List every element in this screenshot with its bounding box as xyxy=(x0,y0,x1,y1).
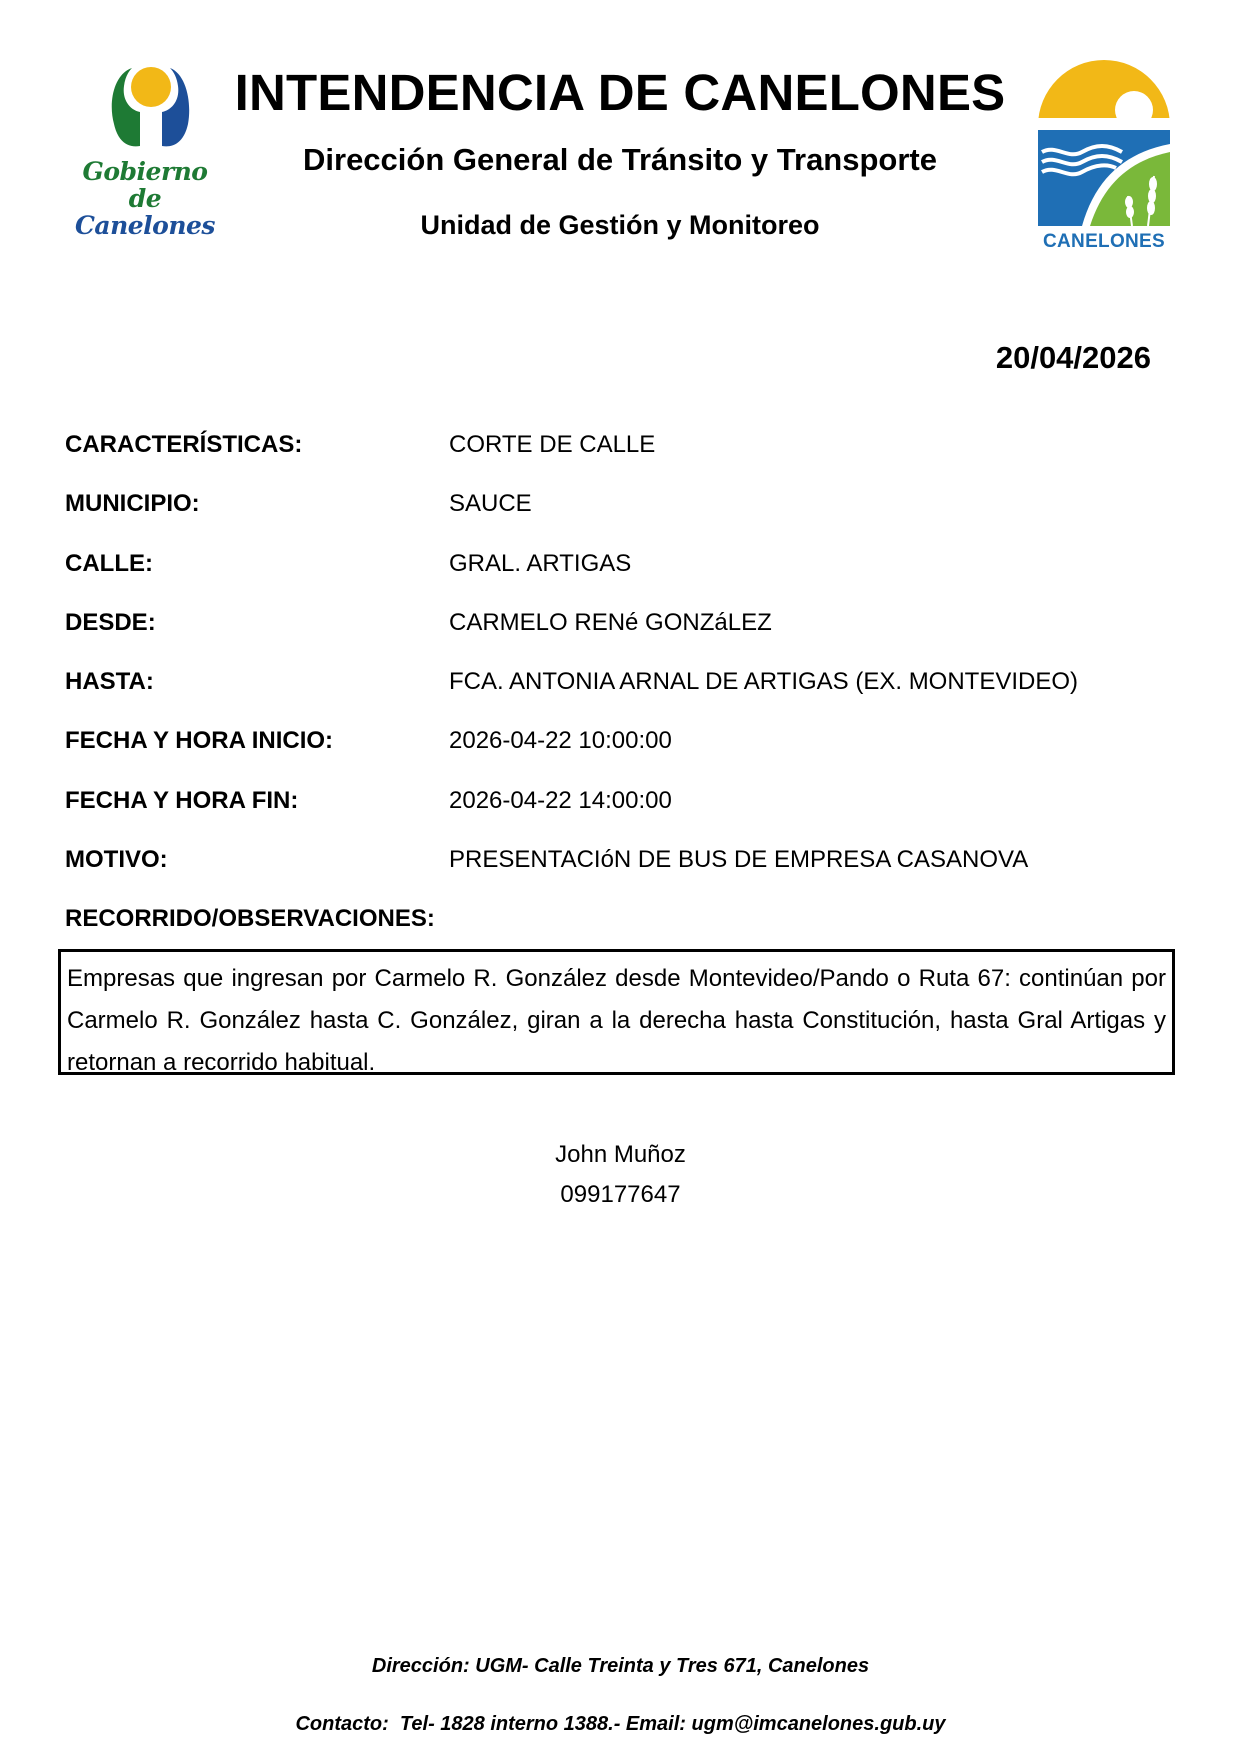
field-value: 2026-04-22 14:00:00 xyxy=(449,784,672,818)
observations-box: Empresas que ingresan por Carmelo R. Gon… xyxy=(58,949,1175,1075)
gobierno-de-canelones-logo: Gobierno de Canelones xyxy=(70,62,220,212)
canelones-emblem: CANELONES xyxy=(1036,56,1172,256)
unit-subtitle: Unidad de Gestión y Monitoreo xyxy=(200,207,1040,243)
signer-phone: 099177647 xyxy=(0,1178,1241,1212)
field-row-caracteristicas: CARACTERÍSTICAS: CORTE DE CALLE xyxy=(65,428,1165,487)
field-label: CALLE: xyxy=(65,547,153,581)
field-value: PRESENTACIóN DE BUS DE EMPRESA CASANOVA xyxy=(449,843,1028,877)
logo-text-line2: Canelones xyxy=(70,212,220,239)
logo-text-line1: Gobierno de xyxy=(70,158,220,212)
field-label: MOTIVO: xyxy=(65,843,168,877)
field-label: FECHA Y HORA INICIO: xyxy=(65,724,333,758)
footer-contact: Contacto: Tel- 1828 interno 1388.- Email… xyxy=(0,1710,1241,1738)
field-value: SAUCE xyxy=(449,487,532,521)
closure-details: CARACTERÍSTICAS: CORTE DE CALLE MUNICIPI… xyxy=(65,428,1165,902)
field-value: 2026-04-22 10:00:00 xyxy=(449,724,672,758)
field-row-hasta: HASTA: FCA. ANTONIA ARNAL DE ARTIGAS (EX… xyxy=(65,665,1165,724)
field-row-municipio: MUNICIPIO: SAUCE xyxy=(65,487,1165,546)
field-label: CARACTERÍSTICAS: xyxy=(65,428,302,462)
emblem-label: CANELONES xyxy=(1036,231,1172,253)
department-subtitle: Dirección General de Tránsito y Transpor… xyxy=(200,140,1040,180)
footer-address: Dirección: UGM- Calle Treinta y Tres 671… xyxy=(0,1652,1241,1680)
field-label: MUNICIPIO: xyxy=(65,487,200,521)
field-label: HASTA: xyxy=(65,665,154,699)
canelones-emblem-icon xyxy=(1036,56,1172,228)
page-title: INTENDENCIA DE CANELONES xyxy=(200,58,1040,128)
field-row-fecha-fin: FECHA Y HORA FIN: 2026-04-22 14:00:00 xyxy=(65,784,1165,843)
field-value: CARMELO RENé GONZáLEZ xyxy=(449,606,772,640)
field-value: GRAL. ARTIGAS xyxy=(449,547,631,581)
field-value: FCA. ANTONIA ARNAL DE ARTIGAS (EX. MONTE… xyxy=(449,665,1078,699)
field-value: CORTE DE CALLE xyxy=(449,428,655,462)
field-row-motivo: MOTIVO: PRESENTACIóN DE BUS DE EMPRESA C… xyxy=(65,843,1165,902)
document-date: 20/04/2026 xyxy=(996,338,1151,378)
observations-label: RECORRIDO/OBSERVACIONES: xyxy=(65,902,435,936)
signer-name: John Muñoz xyxy=(0,1138,1241,1172)
field-row-calle: CALLE: GRAL. ARTIGAS xyxy=(65,547,1165,606)
field-row-desde: DESDE: CARMELO RENé GONZáLEZ xyxy=(65,606,1165,665)
field-label: DESDE: xyxy=(65,606,156,640)
field-row-fecha-inicio: FECHA Y HORA INICIO: 2026-04-22 10:00:00 xyxy=(65,724,1165,783)
gobierno-logo-icon xyxy=(70,62,220,157)
field-label: FECHA Y HORA FIN: xyxy=(65,784,298,818)
